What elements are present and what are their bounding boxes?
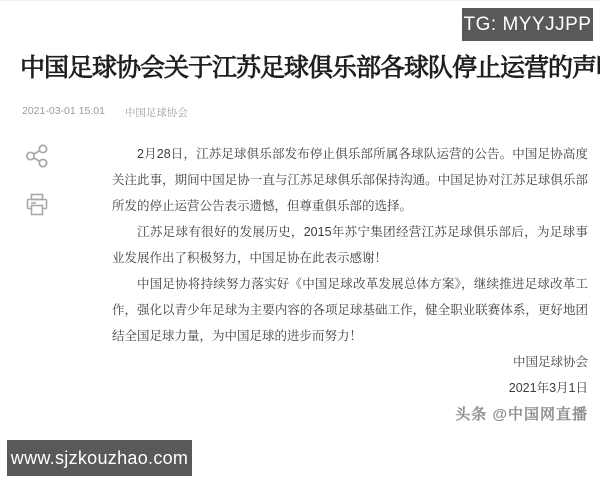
paragraph-1: 2月28日，江苏足球俱乐部发布停止俱乐部所属各球队运营的公告。中国足协高度关注此…: [112, 141, 588, 219]
article-title: 中国足球协会关于江苏足球俱乐部各球队停止运营的声明: [20, 51, 590, 85]
share-button[interactable]: [24, 143, 50, 169]
tg-badge: TG: MYYJJPP: [462, 8, 593, 41]
signature-date: 2021年3月1日: [112, 375, 588, 401]
paragraph-3: 中国足协将持续努力落实好《中国足球改革发展总体方案》，继续推进足球改革工作，强化…: [112, 271, 588, 349]
site-watermark: www.sjzkouzhao.com: [7, 440, 192, 476]
article-meta: 2021-03-01 15:01 中国足球协会: [22, 105, 188, 120]
share-icon: [24, 143, 50, 169]
printer-icon: [24, 192, 50, 218]
signature-org: 中国足球协会: [112, 349, 588, 375]
side-toolbar: [24, 143, 50, 218]
article-page: TG: MYYJJPP 中国足球协会关于江苏足球俱乐部各球队停止运营的声明 20…: [0, 0, 600, 480]
paragraph-2: 江苏足球有很好的发展历史，2015年苏宁集团经营江苏足球俱乐部后，为足球事业发展…: [112, 219, 588, 271]
article-source[interactable]: 中国足球协会: [125, 105, 188, 120]
article-body: 2月28日，江苏足球俱乐部发布停止俱乐部所属各球队运营的公告。中国足协高度关注此…: [112, 141, 588, 427]
credit-watermark: 头条 @中国网直播: [112, 403, 588, 427]
publish-time: 2021-03-01 15:01: [22, 105, 105, 120]
print-button[interactable]: [24, 192, 50, 218]
